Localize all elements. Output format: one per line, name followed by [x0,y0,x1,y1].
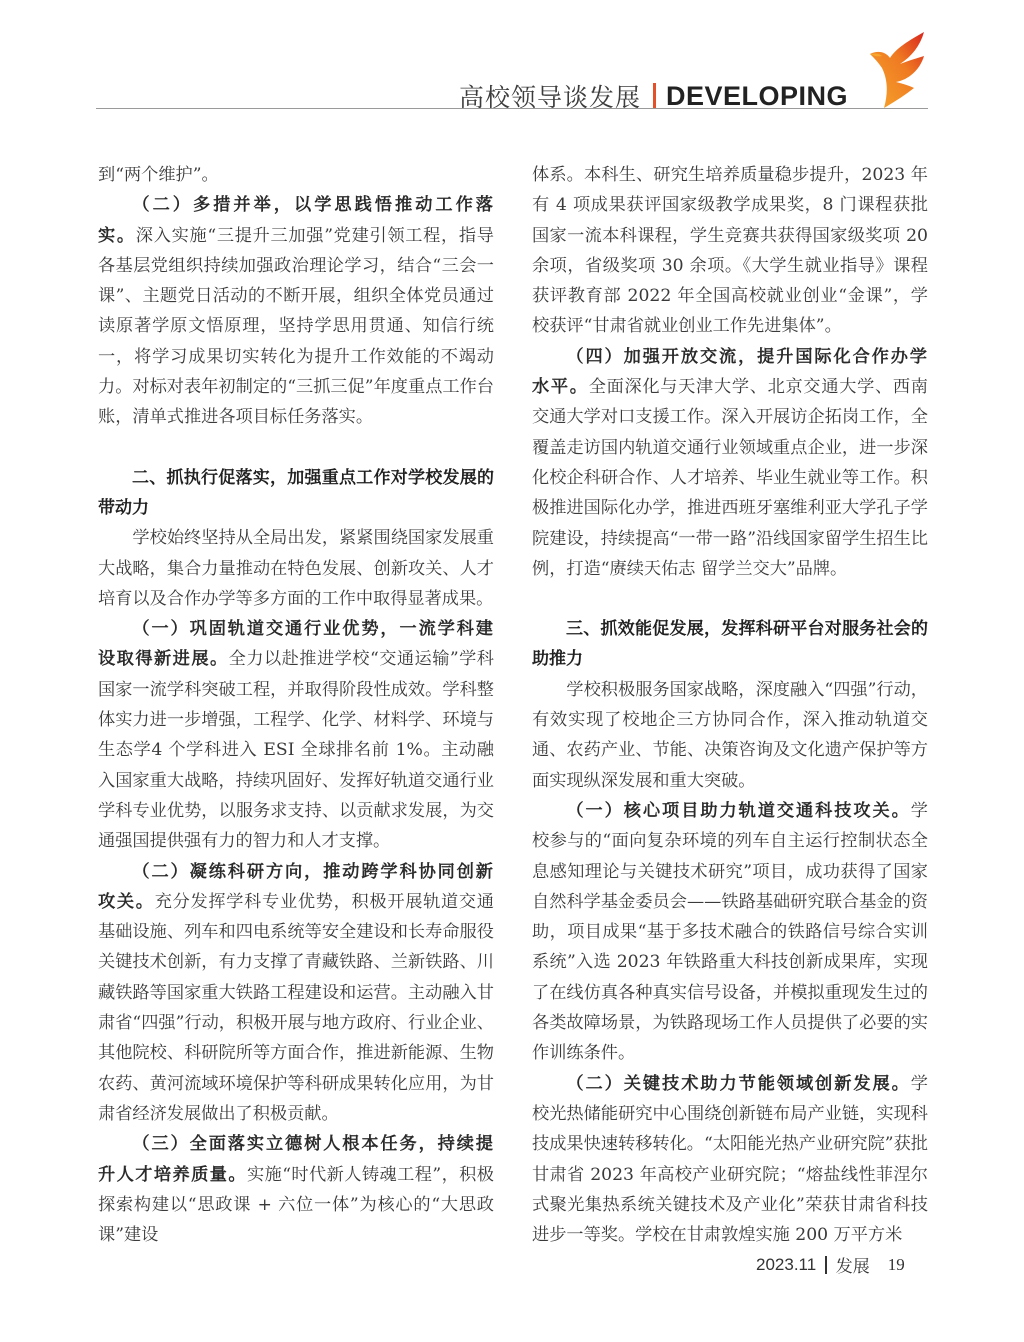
section-heading: 二、抓执行促落实，加强重点工作对学校发展的带动力 [98,463,494,524]
paragraph: 学校始终坚持从全局出发，紧紧围绕国家发展重大战略，集合力量推动在特色发展、创新攻… [98,523,494,614]
paragraph: （四）加强开放交流，提升国际化合作办学水平。全面深化与天津大学、北京交通大学、西… [532,342,928,584]
paragraph-lead: （一）核心项目助力轨道交通科技攻关。 [566,801,910,821]
paragraph-body: 全力以赴推进学校“交通运输”学科国家一流学科突破工程，并取得阶段性成效。学科整体… [98,649,494,851]
paragraph-lead: （二）关键技术助力节能领域创新发展。 [566,1074,910,1094]
left-column: 到“两个维护”。 （二）多措并举，以学思践悟推动工作落实。深入实施“三提升三加强… [98,160,494,1250]
page-footer: 2023.11 发展 19 [756,1252,905,1277]
section-heading: 三、抓效能促发展，发挥科研平台对服务社会的助推力 [532,614,928,675]
paragraph-body: 深入实施“三提升三加强”党建引领工程，指导各基层党组织持续加强政治理论学习，结合… [98,226,494,428]
title-divider [653,83,656,109]
magazine-name: 发展 [836,1252,870,1277]
paragraph-body: 学校参与的“面向复杂环境的列车自主运行控制状态全息感知理论与关键技术研究”项目，… [532,801,928,1063]
paragraph: 到“两个维护”。 [98,160,494,190]
paragraph-body: 充分发挥学科专业优势，积极开展轨道交通基础设施、列车和四电系统等安全建设和长寿命… [98,892,494,1124]
paragraph: （二）关键技术助力节能领域创新发展。学校光热储能研究中心围绕创新链布局产业链，实… [532,1069,928,1251]
paragraph-body: 全面深化与天津大学、北京交通大学、西南交通大学对口支援工作。深入开展访企拓岗工作… [532,377,928,579]
page-header: 高校领导谈发展 DEVELOPING [96,30,928,110]
footer-divider [825,1256,827,1274]
page-number: 19 [888,1255,905,1275]
issue-date: 2023.11 [756,1255,816,1275]
header-rule [96,108,928,109]
paragraph: （二）多措并举，以学思践悟推动工作落实。深入实施“三提升三加强”党建引领工程，指… [98,190,494,432]
right-column: 体系。本科生、研究生培养质量稳步提升，2023 年有 4 项成果获评国家级教学成… [532,160,928,1250]
column-title-en: DEVELOPING [666,81,848,112]
flame-bird-logo-icon [866,30,928,108]
paragraph: （一）核心项目助力轨道交通科技攻关。学校参与的“面向复杂环境的列车自主运行控制状… [532,796,928,1069]
paragraph: （一）巩固轨道交通行业优势，一流学科建设取得新进展。全力以赴推进学校“交通运输”… [98,614,494,856]
paragraph: 学校积极服务国家战略，深度融入“四强”行动，有效实现了校地企三方协同合作，深入推… [532,675,928,796]
paragraph-body: 学校光热储能研究中心围绕创新链布局产业链，实现科技成果快速转移转化。“太阳能光热… [532,1074,928,1245]
paragraph: 体系。本科生、研究生培养质量稳步提升，2023 年有 4 项成果获评国家级教学成… [532,160,928,342]
paragraph: （三）全面落实立德树人根本任务，持续提升人才培养质量。实施“时代新人铸魂工程”，… [98,1129,494,1250]
paragraph: （二）凝练科研方向，推动跨学科协同创新攻关。充分发挥学科专业优势，积极开展轨道交… [98,857,494,1130]
